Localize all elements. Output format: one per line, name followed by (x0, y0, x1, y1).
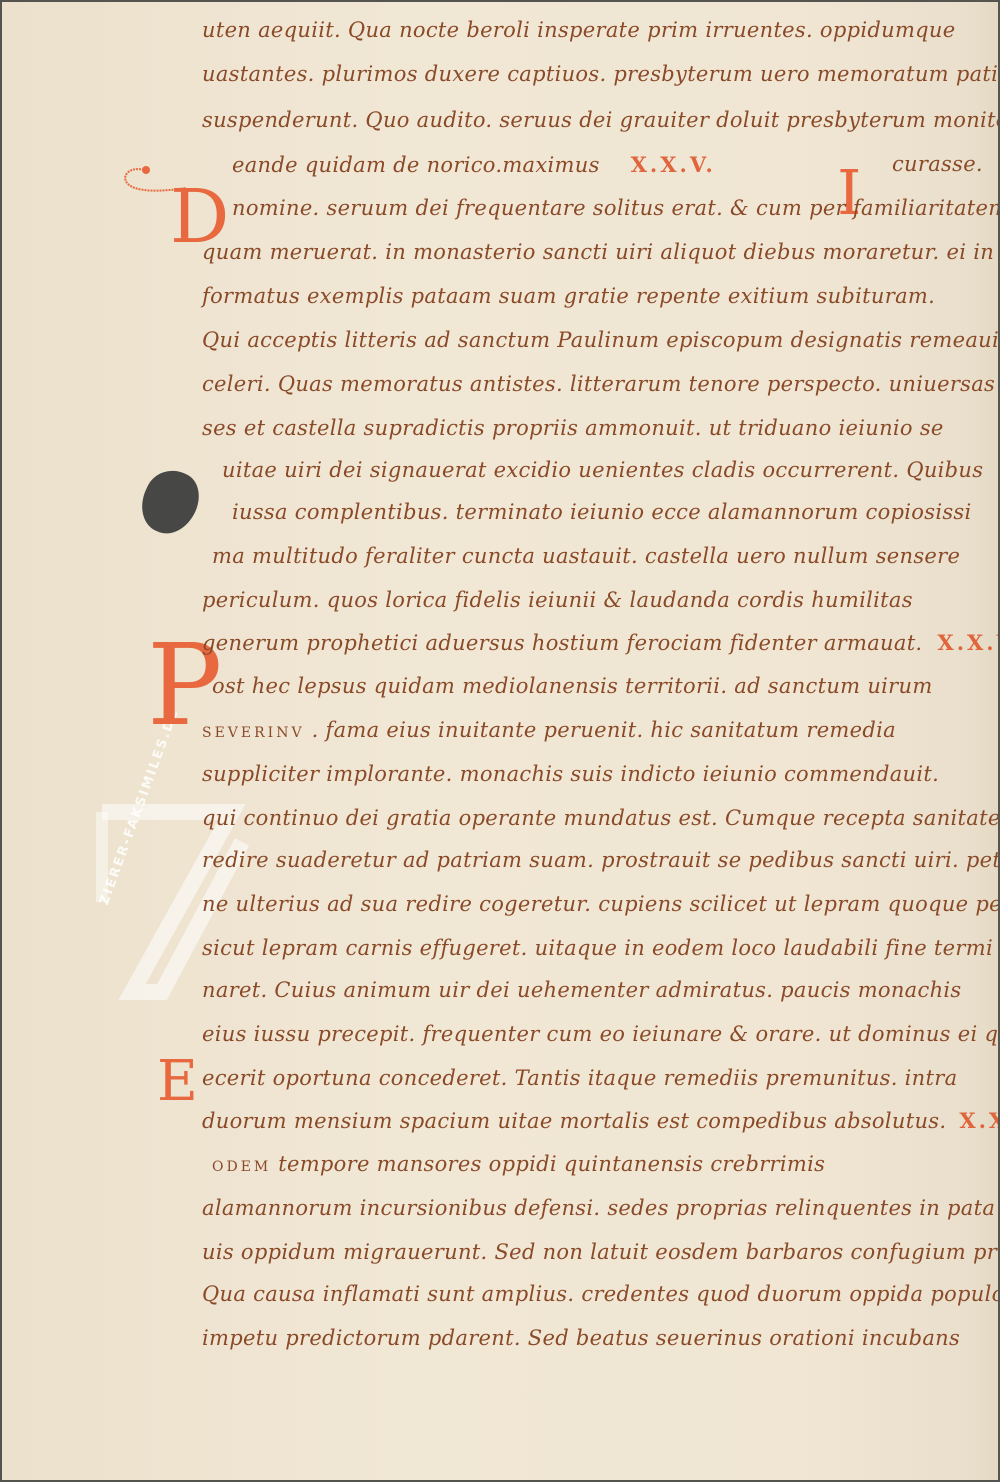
eodem-caps: ODEM (212, 1159, 271, 1175)
text-line: impetu predictorum pdarent. Sed beatus s… (202, 1326, 960, 1350)
text-line: ma multitudo feraliter cuncta uastauit. … (212, 544, 960, 568)
text-line: uis oppidum migrauerunt. Sed non latuit … (202, 1240, 998, 1264)
line-text: generum prophetici aduersus hostium fero… (202, 631, 922, 655)
severinus-caps: SEVERINV (202, 725, 305, 741)
text-line: iussa complentibus. terminato ieiunio ec… (232, 500, 972, 524)
text-line: Qua causa inflamati sunt amplius. creden… (202, 1282, 998, 1306)
text-line: eius iussu precepit. frequenter cum eo i… (202, 1022, 998, 1046)
parchment-hole (132, 462, 208, 543)
chapter-number-xxvi: X.X.VI (937, 630, 998, 655)
text-line: generum prophetici aduersus hostium fero… (202, 630, 998, 655)
text-line: redire suaderetur ad patriam suam. prost… (202, 848, 998, 872)
text-line: celeri. Quas memoratus antistes. littera… (202, 372, 998, 396)
text-line: periculum. quos lorica fidelis ieiunii &… (202, 588, 913, 612)
text-line: suspenderunt. Quo audito. seruus dei gra… (202, 108, 998, 132)
text-line: ost hec lepsus quidam mediolanensis terr… (212, 674, 933, 698)
text-line: naret. Cuius animum uir dei uehementer a… (202, 978, 961, 1002)
text-line: eande quidam de norico.maximus X.X.V. cu… (232, 152, 716, 177)
chapter-number-xxv: X.X.V. (631, 152, 716, 177)
line-text-rest: tempore mansores oppidi quintanensis cre… (278, 1152, 825, 1176)
text-line: uten aequiit. Qua nocte beroli insperate… (202, 18, 955, 42)
chapter-number-xxvii: X.X.VII. (959, 1108, 998, 1133)
line-text: duorum mensium spacium uitae mortalis es… (202, 1109, 946, 1133)
line-text-end: curasse. (892, 152, 983, 176)
text-line: uastantes. plurimos duxere captiuos. pre… (202, 62, 998, 86)
text-line: ecerit oportuna concederet. Tantis itaqu… (202, 1066, 957, 1090)
text-line: ne ulterius ad sua redire cogeretur. cup… (202, 892, 998, 916)
text-line: suppliciter implorante. monachis suis in… (202, 762, 939, 786)
text-line: formatus exemplis pataam suam gratie rep… (202, 284, 935, 308)
line-text-rest: . fama eius inuitante peruenit. hic sani… (312, 718, 896, 742)
text-line: ses et castella supradictis propriis amm… (202, 416, 944, 440)
line-text: eande quidam de norico.maximus (232, 153, 600, 177)
text-line: ODEM tempore mansores oppidi quintanensi… (212, 1152, 825, 1176)
text-line: SEVERINV SEVERINUM. fama eius inuitante … (202, 718, 896, 742)
text-line: nomine. seruum dei frequentare solitus e… (232, 196, 998, 220)
text-line: qui continuo dei gratia operante mundatu… (202, 806, 998, 830)
text-line: quam meruerat. in monasterio sancti uiri… (202, 240, 994, 264)
text-line: sicut lepram carnis effugeret. uitaque i… (202, 936, 993, 960)
text-line: alamannorum incursionibus defensi. sedes… (202, 1196, 995, 1220)
text-line: duorum mensium spacium uitae mortalis es… (202, 1108, 998, 1133)
text-line: Qui acceptis litteris ad sanctum Paulinu… (202, 328, 998, 352)
text-line: uitae uiri dei signauerat excidio uenien… (222, 458, 983, 482)
manuscript-page: ZIERER-FAKSIMILES.DE D I P E uten aequii… (2, 2, 998, 1480)
initial-e: E (157, 1054, 198, 1110)
